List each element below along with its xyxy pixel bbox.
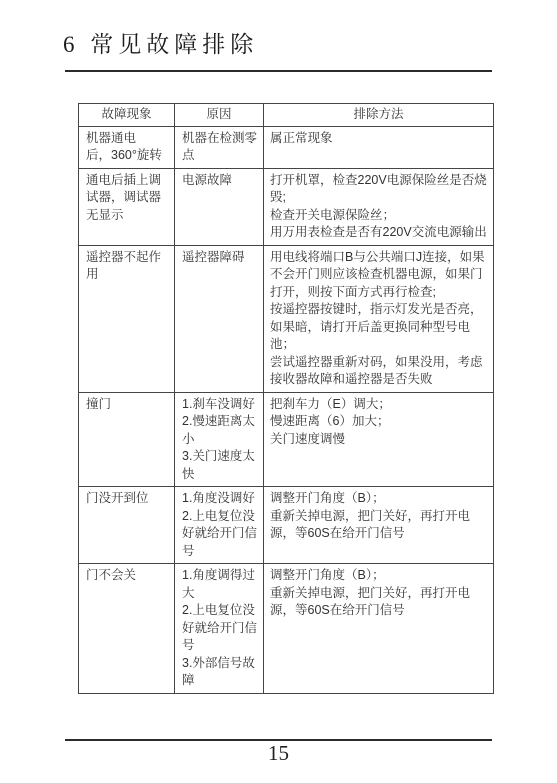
table-row: 机器通电 后，360°旋转 机器在检测零点 属正常现象 (79, 126, 494, 168)
troubleshooting-table: 故障现象 原因 排除方法 机器通电 后，360°旋转 机器在检测零点 属正常现象… (78, 103, 494, 694)
cell-solution: 调整开门角度（B）； 重新关掉电源，把门关好，再打开电源，等60S在给开门信号 (264, 564, 494, 694)
cell-symptom: 门不会关 (79, 564, 175, 694)
cell-symptom: 机器通电 后，360°旋转 (79, 126, 175, 168)
manual-page: 6 常见故障排除 故障现象 原因 排除方法 机器通电 后，360°旋转 机器在检… (0, 0, 557, 783)
table-row: 通电后插上调试器，调试器无显示 电源故障 打开机罩，检查220V电源保险丝是否烧… (79, 168, 494, 245)
cell-solution: 用电线将端口B与公共端口J连接，如果不会开门则应该检查机器电源，如果门打开，则按… (264, 245, 494, 392)
cell-solution: 属正常现象 (264, 126, 494, 168)
table-row: 遥控器不起作用 遥控器障碍 用电线将端口B与公共端口J连接，如果不会开门则应该检… (79, 245, 494, 392)
cell-symptom: 门没开到位 (79, 487, 175, 564)
table-row: 门不会关 1.角度调得过大 2.上电复位没好就给开门信号 3.外部信号故障 调整… (79, 564, 494, 694)
cell-cause: 机器在检测零点 (175, 126, 264, 168)
table-row: 门没开到位 1.角度没调好 2.上电复位没好就给开门信号 调整开门角度（B）； … (79, 487, 494, 564)
cell-cause: 1.角度调得过大 2.上电复位没好就给开门信号 3.外部信号故障 (175, 564, 264, 694)
cell-solution: 把刹车力（E）调大； 慢速距离（6）加大； 关门速度调慢 (264, 392, 494, 487)
cell-symptom: 撞门 (79, 392, 175, 487)
column-header-symptom: 故障现象 (79, 104, 175, 127)
cell-solution: 打开机罩，检查220V电源保险丝是否烧毁; 检查开关电源保险丝； 用万用表检查是… (264, 168, 494, 245)
page-number: 15 (65, 741, 492, 766)
cell-cause: 1.刹车没调好 2.慢速距离太小 3.关门速度太快 (175, 392, 264, 487)
cell-symptom: 遥控器不起作用 (79, 245, 175, 392)
cell-cause: 电源故障 (175, 168, 264, 245)
page-title: 6 常见故障排除 (63, 26, 258, 59)
title-divider (65, 70, 492, 72)
cell-cause: 1.角度没调好 2.上电复位没好就给开门信号 (175, 487, 264, 564)
column-header-cause: 原因 (175, 104, 264, 127)
column-header-solution: 排除方法 (264, 104, 494, 127)
cell-cause: 遥控器障碍 (175, 245, 264, 392)
table-row: 撞门 1.刹车没调好 2.慢速距离太小 3.关门速度太快 把刹车力（E）调大； … (79, 392, 494, 487)
table-header-row: 故障现象 原因 排除方法 (79, 104, 494, 127)
cell-symptom: 通电后插上调试器，调试器无显示 (79, 168, 175, 245)
cell-solution: 调整开门角度（B）； 重新关掉电源，把门关好，再打开电源，等60S在给开门信号 (264, 487, 494, 564)
